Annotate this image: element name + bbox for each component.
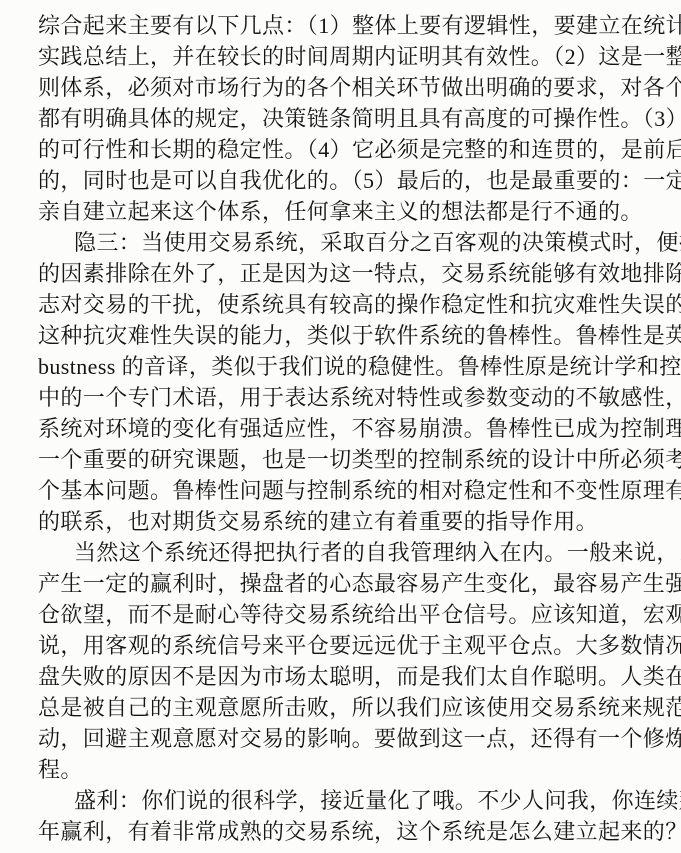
text-line: 一个重要的研究课题，也是一切类型的控制系统的设计中所必须考虑的一 [38,444,645,475]
paragraph: 当然这个系统还得把执行者的自我管理纳入在内。一般来说，当交易产生一定的赢利时，操… [38,537,645,785]
text-line: 个基本问题。鲁棒性问题与控制系统的相对稳定性和不变性原理有着密切 [38,475,645,506]
text-line: 年赢利，有着非常成熟的交易系统，这个系统是怎么建立起来的？其实， [38,816,645,847]
text-line: 的，同时也是可以自我优化的。（5）最后的，也是最重要的：一定得自己 [38,165,645,196]
text-line: 总是被自己的主观意愿所击败，所以我们应该使用交易系统来规范交易活 [38,692,645,723]
text-line: 的联系，也对期货交易系统的建立有着重要的指导作用。 [38,506,645,537]
text-line: 实践总结上，并在较长的时间周期内证明其有效性。（2）这是一整套的规 [38,41,645,72]
text-line: 综合起来主要有以下几点：（1）整体上要有逻辑性，要建立在统计规律和 [38,10,645,41]
text-line: 说，用客观的系统信号来平仓要远远优于主观平仓点。大多数情况下，操 [38,630,645,661]
text-line: 隐三：当使用交易系统，采取百分之百客观的决策模式时，便把人为 [38,227,645,258]
paragraph: 隐三：当使用交易系统，采取百分之百客观的决策模式时，便把人为的因素排除在外了，正… [38,227,645,537]
text-line: 这种抗灾难性失误的能力，类似于软件系统的鲁棒性。鲁棒性是英文 ro- [38,320,645,351]
text-line: 则体系，必须对市场行为的各个相关环节做出明确的要求，对各个决策点 [38,72,645,103]
text-line: 程。 [38,754,645,785]
text-line: 产生一定的赢利时，操盘者的心态最容易产生变化，最容易产生强烈的平 [38,568,645,599]
paragraph: 综合起来主要有以下几点：（1）整体上要有逻辑性，要建立在统计规律和实践总结上，并… [38,10,645,227]
text-block: 综合起来主要有以下几点：（1）整体上要有逻辑性，要建立在统计规律和实践总结上，并… [38,10,645,847]
text-line: 亲自建立起来这个体系，任何拿来主义的想法都是行不通的。 [38,196,645,227]
text-line: 动，回避主观意愿对交易的影响。要做到这一点，还得有一个修炼的过 [38,723,645,754]
text-line: 系统对环境的变化有强适应性，不容易崩溃。鲁棒性已成为控制理论中的 [38,413,645,444]
text-line: 志对交易的干扰，使系统具有较高的操作稳定性和抗灾难性失误的能力。 [38,289,645,320]
document-page: 综合起来主要有以下几点：（1）整体上要有逻辑性，要建立在统计规律和实践总结上，并… [0,0,681,853]
text-line: 当然这个系统还得把执行者的自我管理纳入在内。一般来说，当交易 [38,537,645,568]
text-line: 中的一个专门术语，用于表达系统对特性或参数变动的不敏感性，或者说 [38,382,645,413]
text-line: 的因素排除在外了，正是因为这一特点，交易系统能够有效地排除主观意 [38,258,645,289]
text-line: 盘失败的原因不是因为市场太聪明，而是我们太自作聪明。人类在交易中 [38,661,645,692]
text-line: 都有明确具体的规定，决策链条简明且具有高度的可操作性。（3）有宏观 [38,103,645,134]
paragraph: 盛利：你们说的很科学，接近量化了哦。不少人问我，你连续那么多年赢利，有着非常成熟… [38,785,645,847]
text-line: 盛利：你们说的很科学，接近量化了哦。不少人问我，你连续那么多 [38,785,645,816]
text-line: 仓欲望，而不是耐心等待交易系统给出平仓信号。应该知道，宏观上来 [38,599,645,630]
text-line: 的可行性和长期的稳定性。（4）它必须是完整的和连贯的，是前后一致 [38,134,645,165]
text-line: bustness 的音译，类似于我们说的稳健性。鲁棒性原是统计学和控制理论 [38,351,645,382]
